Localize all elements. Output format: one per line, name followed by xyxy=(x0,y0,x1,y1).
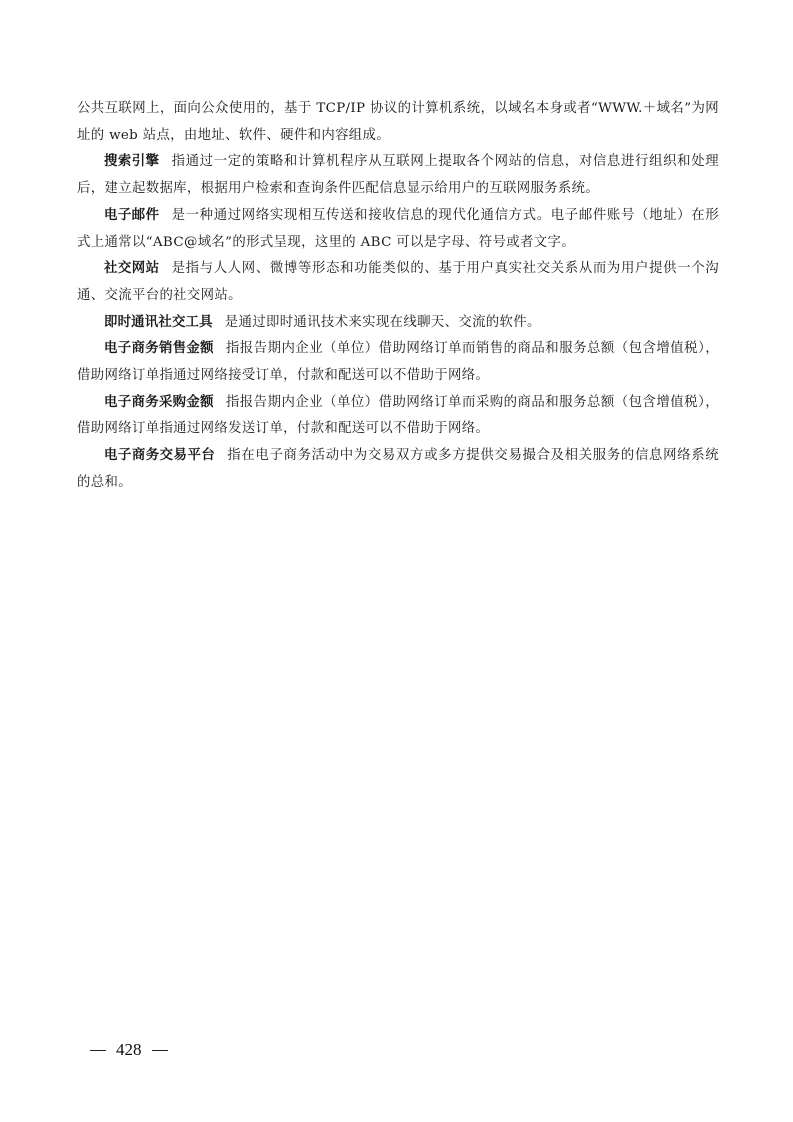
page-number: 428 xyxy=(116,1040,142,1060)
definition-ecommerce-purchases: 电子商务采购金额指报告期内企业（单位）借助网络订单而采购的商品和服务总额（包含增… xyxy=(77,390,719,443)
term-label: 电子商务交易平台 xyxy=(104,448,215,463)
term-label: 电子商务销售金额 xyxy=(104,341,214,356)
definition-email: 电子邮件是一种通过网络实现相互传送和接收信息的现代化通信方式。电子邮件账号（地址… xyxy=(77,203,719,256)
definition-instant-messaging: 即时通讯社交工具是通过即时通讯技术来实现在线聊天、交流的软件。 xyxy=(77,310,719,337)
definition-text: 是通过即时通讯技术来实现在线聊天、交流的软件。 xyxy=(225,315,541,330)
definition-social-network: 社交网站是指与人人网、微博等形态和功能类似的、基于用户真实社交关系从而为用户提供… xyxy=(77,256,719,309)
term-label: 电子邮件 xyxy=(104,208,160,223)
definition-text: 指通过一定的策略和计算机程序从互联网上提取各个网站的信息，对信息进行组织和处理后… xyxy=(77,154,719,196)
term-label: 社交网站 xyxy=(104,261,160,276)
definition-ecommerce-sales: 电子商务销售金额指报告期内企业（单位）借助网络订单而销售的商品和服务总额（包含增… xyxy=(77,336,719,389)
page-footer: 428 xyxy=(90,1040,168,1060)
term-label: 电子商务采购金额 xyxy=(104,395,214,410)
definition-text: 是一种通过网络实现相互传送和接收信息的现代化通信方式。电子邮件账号（地址）在形式… xyxy=(77,208,719,250)
page-body: 公共互联网上，面向公众使用的，基于 TCP/IP 协议的计算机系统，以域名本身或… xyxy=(77,96,719,497)
dash-right xyxy=(152,1050,168,1051)
definition-ecommerce-platform: 电子商务交易平台指在电子商务活动中为交易双方或多方提供交易撮合及相关服务的信息网… xyxy=(77,443,719,496)
term-label: 搜索引擎 xyxy=(104,154,160,169)
continuation-paragraph: 公共互联网上，面向公众使用的，基于 TCP/IP 协议的计算机系统，以域名本身或… xyxy=(77,96,719,149)
term-label: 即时通讯社交工具 xyxy=(104,315,213,330)
definition-search-engine: 搜索引擎指通过一定的策略和计算机程序从互联网上提取各个网站的信息，对信息进行组织… xyxy=(77,149,719,202)
definition-text: 是指与人人网、微博等形态和功能类似的、基于用户真实社交关系从而为用户提供一个沟通… xyxy=(77,261,719,303)
dash-left xyxy=(90,1050,106,1051)
